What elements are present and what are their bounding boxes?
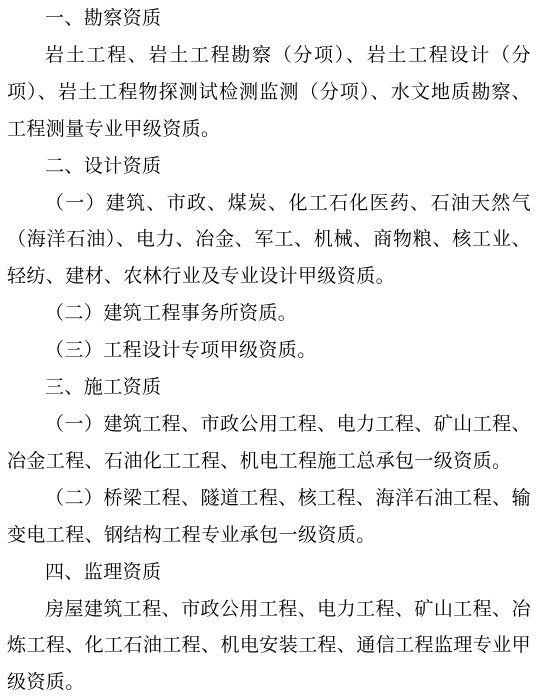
- paragraph: （二）建筑工程事务所资质。: [7, 296, 531, 333]
- section-heading: 三、施工资质: [7, 370, 531, 407]
- section-heading: 二、设计资质: [7, 149, 531, 186]
- paragraph: （一）建筑、市政、煤炭、化工石化医药、石油天然气（海洋石油）、电力、冶金、军工、…: [7, 186, 531, 297]
- section-heading: 四、监理资质: [7, 555, 531, 592]
- section-heading: 一、勘察资质: [7, 1, 531, 38]
- paragraph: （一）建筑工程、市政公用工程、电力工程、矿山工程、冶金工程、石油化工工程、机电工…: [7, 407, 531, 481]
- paragraph: （二）桥梁工程、隧道工程、核工程、海洋石油工程、输变电工程、钢结构工程专业承包一…: [7, 481, 531, 555]
- paragraph: （三）工程设计专项甲级资质。: [7, 333, 531, 370]
- document-page: 一、勘察资质岩土工程、岩土工程勘察（分项）、岩土工程设计（分项）、岩土工程物探测…: [0, 0, 543, 699]
- paragraph: 房屋建筑工程、市政公用工程、电力工程、矿山工程、冶炼工程、化工石油工程、机电安装…: [7, 592, 531, 699]
- paragraph: 岩土工程、岩土工程勘察（分项）、岩土工程设计（分项）、岩土工程物探测试检测监测（…: [7, 38, 531, 149]
